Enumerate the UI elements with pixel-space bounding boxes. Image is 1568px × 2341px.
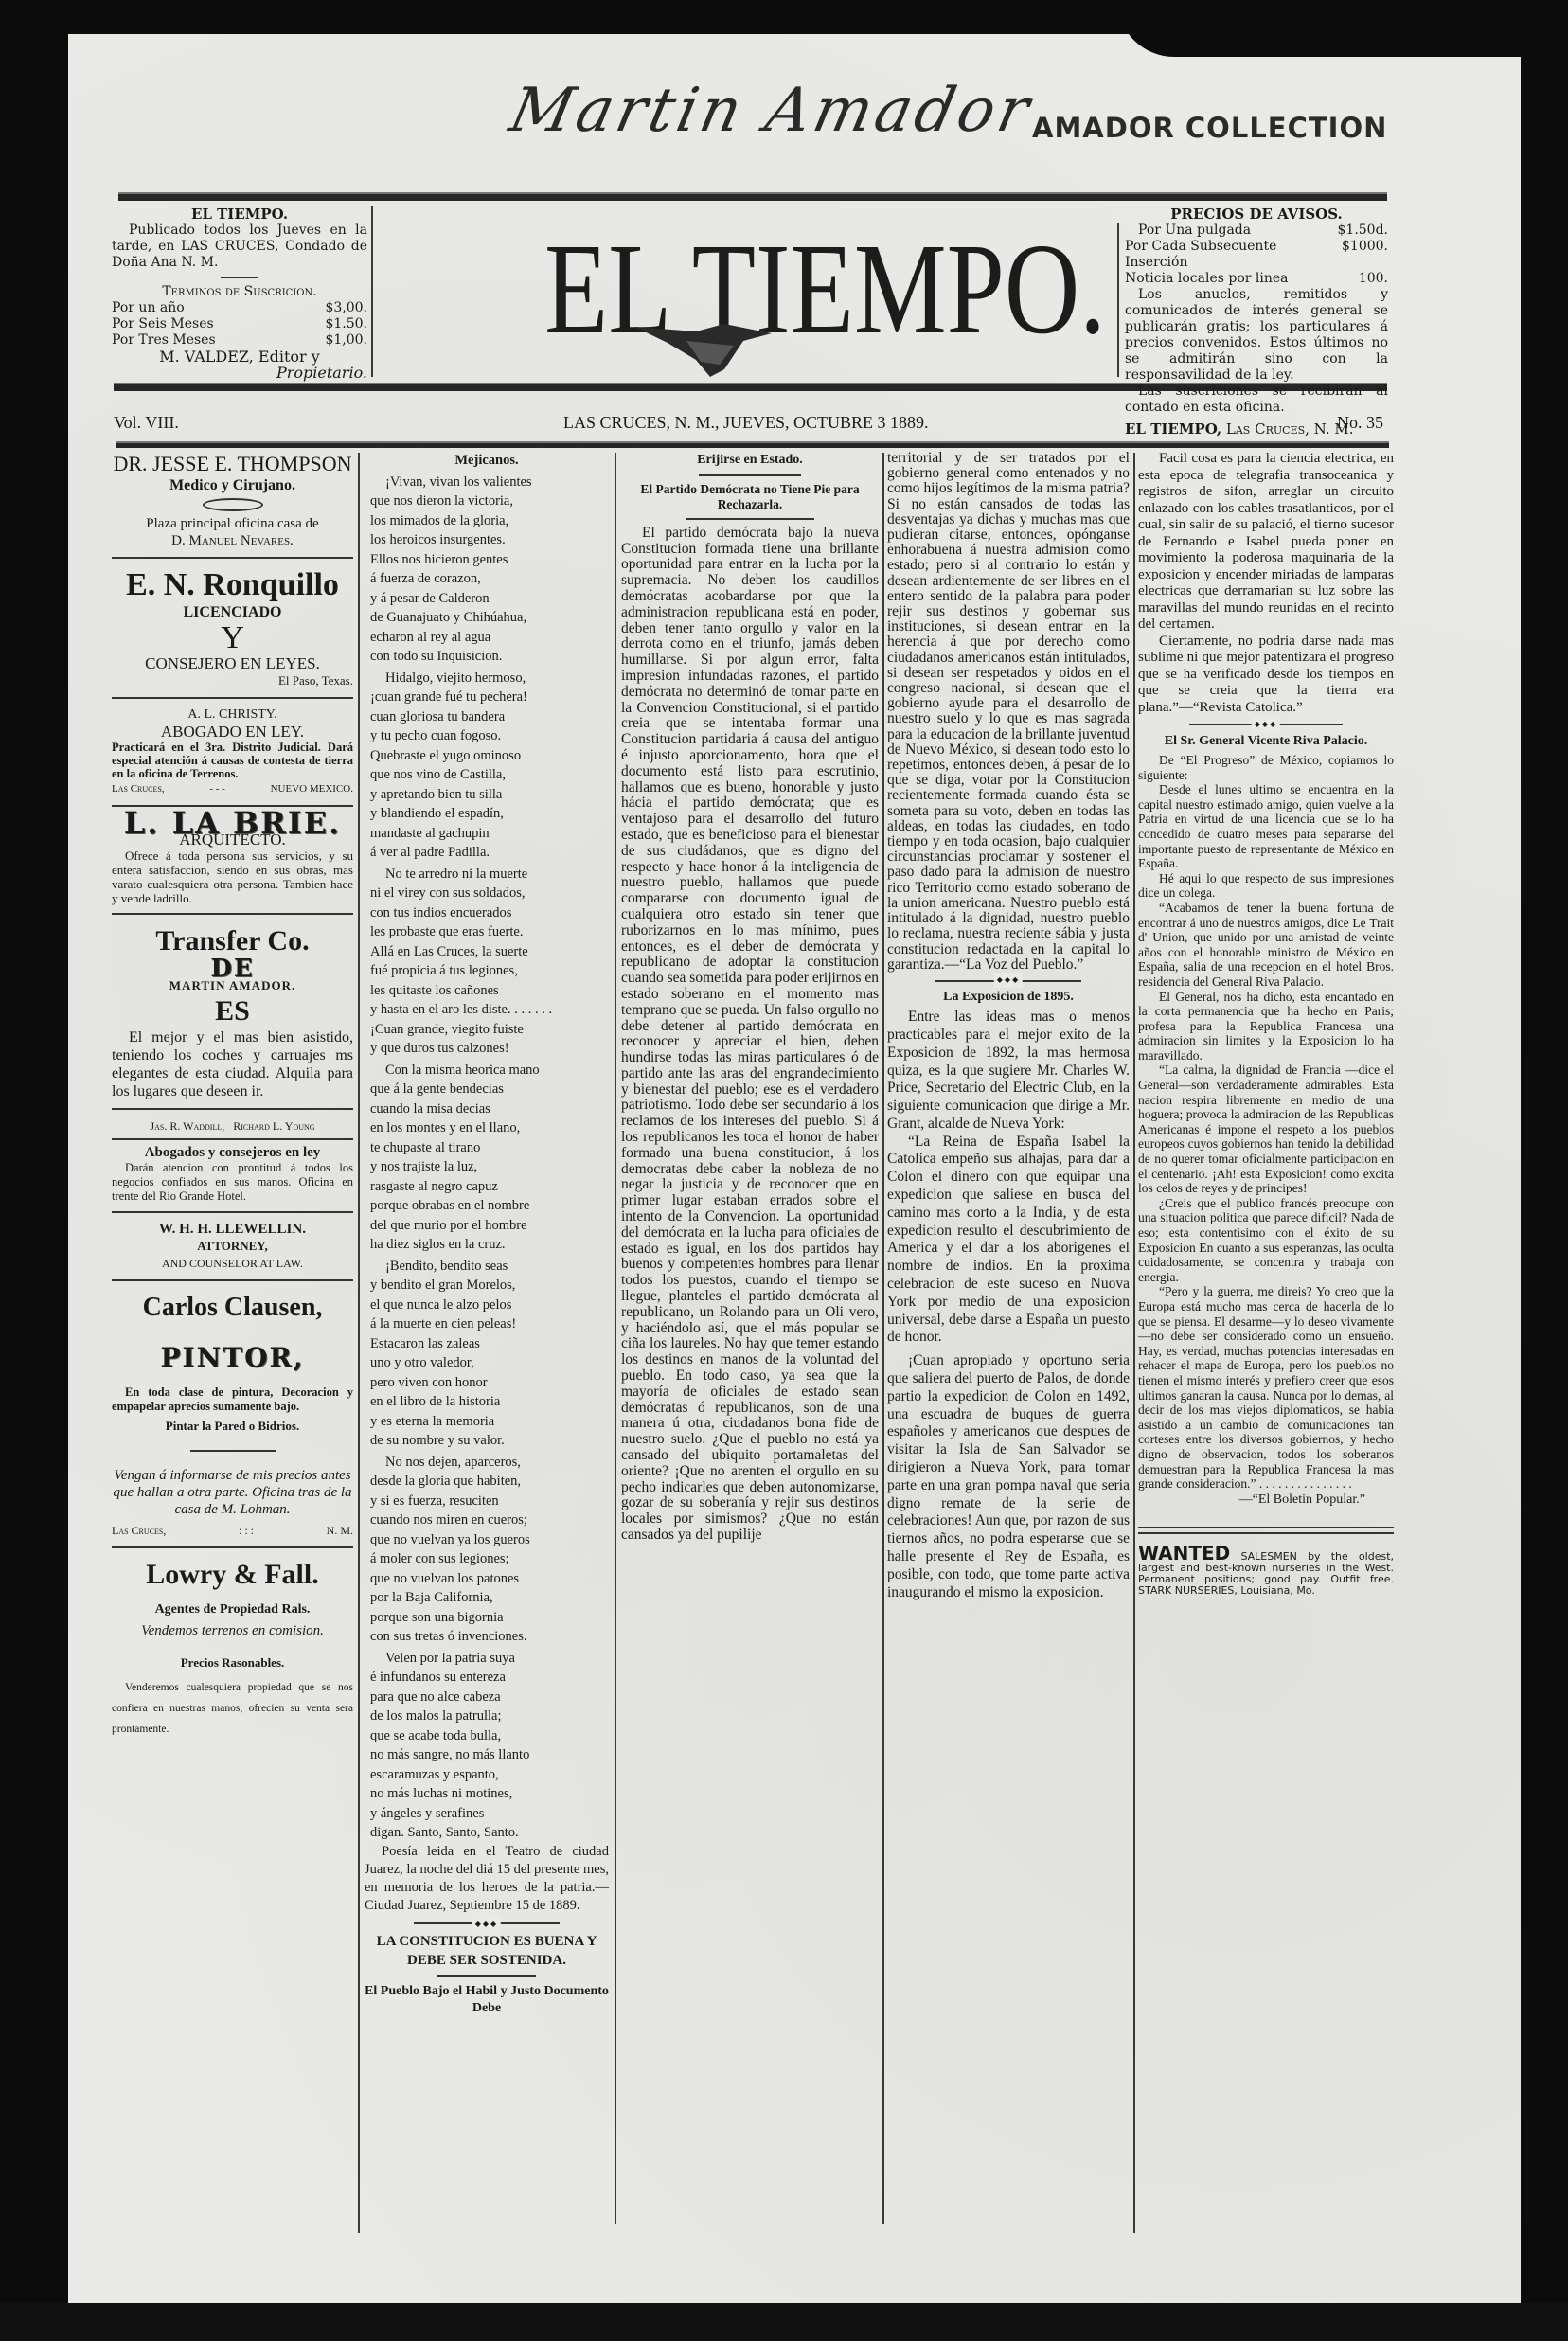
article-paragraph: El General, nos ha dicho, esta encantado… <box>1138 990 1394 1063</box>
poem-line: y que duros tus calzones! <box>365 1039 609 1059</box>
place-date: LAS CRUCES, N. M., JUEVES, OCTUBRE 3 188… <box>563 413 929 433</box>
ornament-divider <box>414 1922 561 1924</box>
article-attribution: —“El Boletin Popular.” <box>1138 1492 1394 1509</box>
ad-waddill-young: Jas. R. Waddill, Richard L. Young Abogad… <box>112 1117 353 1204</box>
ad-divider <box>112 697 353 699</box>
article-body: “La Reina de España Isabel la Catolica e… <box>887 1134 1130 1348</box>
ad-place: El Paso, Texas. <box>112 672 353 689</box>
article-subheadline: El Pueblo Bajo el Habil y Justo Document… <box>365 1983 609 2017</box>
ad-line: Plaza principal oficina casa de <box>112 515 353 532</box>
ad-text: Practicará en el 3ra. Distrito Judicial.… <box>112 741 353 780</box>
ad-ronquillo: E. N. Ronquillo LICENCIADO Y CONSEJERO E… <box>112 566 353 689</box>
newspaper-title: EL TIEMPO. <box>544 214 1106 365</box>
ad-italic: Vengan á informarse de mis precios antes… <box>112 1467 353 1518</box>
poem-line: de los malos la patrulla; <box>365 1707 609 1726</box>
box-heading: PRECIOS DE AVISOS. <box>1125 206 1388 223</box>
ornament-divider <box>1189 724 1343 725</box>
poem-line: y si es fuerza, resuciten <box>365 1492 609 1511</box>
poem-body: ¡Vivan, vivan los valientesque nos diero… <box>365 473 609 1843</box>
divider <box>221 277 258 278</box>
rate-row: Noticia locales por linea100. <box>1125 271 1388 287</box>
poem-line: no más luchas ni motines, <box>365 1784 609 1804</box>
ad-subtitle: ATTORNEY, <box>112 1238 353 1255</box>
wanted-ad: WANTED SALESMEN by the oldest, largest a… <box>1138 1547 1394 1597</box>
ad-name: W. H. H. LLEWELLIN. <box>112 1221 353 1238</box>
poem-line: ¡Bendito, bendito seas <box>365 1257 609 1277</box>
rates-notice: Los anuclos, remitidos y comunicados de … <box>1125 287 1388 384</box>
ad-text: Venderemos cualesquiera propiedad que se… <box>112 1677 353 1740</box>
ad-place: Las Cruces,: : :N. M. <box>112 1522 353 1539</box>
eagle-emblem-icon <box>630 322 791 379</box>
poem-line: echaron al rey al agua <box>365 628 609 648</box>
article-body: El partido demócrata bajo la nueva Const… <box>621 526 879 1544</box>
poem-line: Velen por la patria suya <box>365 1649 609 1669</box>
poem-line: que nos dieron la victoria, <box>365 491 609 511</box>
ad-labrie: L. LA BRIE. ARQUITECTO. Ofrece á toda pe… <box>112 814 353 905</box>
ad-italic: Vendemos terrenos en comision. <box>112 1622 353 1639</box>
column-divider <box>358 453 360 2233</box>
poem-line: te chupaste al tirano <box>365 1138 609 1158</box>
ad-name: A. L. CHRISTY. <box>112 706 353 724</box>
poem-line: fué propicia á tus legiones, <box>365 961 609 981</box>
poem-line: que no vuelvan los patones <box>365 1569 609 1589</box>
poem-line: No nos dejen, aparceros, <box>365 1453 609 1473</box>
poem-line: y á pesar de Calderon <box>365 589 609 609</box>
poem-line: del que murio por el hombre <box>365 1216 609 1236</box>
masthead-divider-right <box>1117 223 1119 377</box>
article-body: Entre las ideas mas o menos practicables… <box>887 1009 1130 1134</box>
article-subheadline: El Partido Demócrata no Tiene Pie para R… <box>621 482 879 512</box>
poem-line: Quebraste el yugo ominoso <box>365 746 609 766</box>
ad-subtitle: Medico y Cirujano. <box>112 477 353 494</box>
poem-line: Con la misma heorica mano <box>365 1061 609 1081</box>
ornament-divider <box>935 980 1081 982</box>
article-body: Facil cosa es para la ciencia electrica,… <box>1138 451 1394 634</box>
ad-name: Carlos Clausen, <box>112 1289 353 1327</box>
terms-row: Por Seis Meses$1.50. <box>112 316 367 332</box>
ad-llewellin: W. H. H. LLEWELLIN. ATTORNEY, AND COUNSE… <box>112 1221 353 1272</box>
ad-name: DR. JESSE E. THOMPSON <box>112 451 353 477</box>
poem-line: y es eterna la memoria <box>365 1412 609 1432</box>
divider <box>686 518 814 520</box>
editor-name: M. VALDEZ, Editor y <box>112 348 367 365</box>
ad-rates-box: PRECIOS DE AVISOS. Por Una pulgada$1.50d… <box>1125 206 1388 438</box>
poem-line: á ver al padre Padilla. <box>365 843 609 863</box>
ad-line: AND COUNSELOR AT LAW. <box>112 1255 353 1272</box>
article-paragraph: Hé aqui lo que respecto de sus impresion… <box>1138 871 1394 901</box>
poem-line: en los montes y en el llano, <box>365 1118 609 1138</box>
editor-role: Propietario. <box>112 365 367 381</box>
column-article-riva-palacio: Facil cosa es para la ciencia electrica,… <box>1138 451 1394 1597</box>
poem-line: los mimados de la gloria, <box>365 511 609 531</box>
poem-line: uno y otro valedor, <box>365 1353 609 1373</box>
poem-line: rasgaste al negro capuz <box>365 1177 609 1197</box>
ornament <box>190 1450 276 1452</box>
article-paragraph: “Acabamos de tener la buena fortuna de e… <box>1138 901 1394 990</box>
column-article-exposition: territorial y de ser tratados por el gob… <box>887 451 1130 1601</box>
article-paragraph: “La calma, la dignidad de Francia —dice … <box>1138 1063 1394 1195</box>
terms-row: Por Tres Meses$1,00. <box>112 332 367 348</box>
poem-line: y hasta en el aro les diste. . . . . . . <box>365 1000 609 1020</box>
ad-subtitle: Agentes de Propiedad Rals. <box>112 1601 353 1618</box>
ad-line: CONSEJERO EN LEYES. <box>112 655 353 672</box>
article-paragraph: ¿Creis que el publico francés preocupe c… <box>1138 1196 1394 1285</box>
poem-line: ¡Cuan grande, viegito fuiste <box>365 1020 609 1040</box>
poem-note: Poesía leida en el Teatro de ciudad Juar… <box>365 1843 609 1915</box>
masthead-divider-left <box>371 206 373 377</box>
collection-stamp: AMADOR COLLECTION <box>1032 112 1387 144</box>
column-poem: Mejicanos. ¡Vivan, vivan los valientesqu… <box>365 451 609 2021</box>
poem-line: porque son una bigornia <box>365 1608 609 1628</box>
poem-line: que no vuelvan ya los gueros <box>365 1530 609 1550</box>
poem-line: para que no alce cabeza <box>365 1688 609 1707</box>
poem-line: por la Baja California, <box>365 1588 609 1608</box>
poem-line: escaramuzas y espanto, <box>365 1765 609 1785</box>
ad-text: Ofrece á toda persona sus servicios, y s… <box>112 849 353 905</box>
ad-line: Y <box>112 621 353 655</box>
rate-row: Por Cada Subsecuente Inserción$1000. <box>1125 239 1388 271</box>
subscription-box: EL TIEMPO. Publicado todos los Jueves en… <box>112 206 367 381</box>
ad-subtitle: LICENCIADO <box>112 604 353 621</box>
ad-text: En toda clase de pintura, Decoracion y e… <box>112 1385 353 1414</box>
ad-divider <box>112 1108 353 1110</box>
poem-line: que nos vino de Castilla, <box>365 765 609 785</box>
poem-line: les quitaste los cañones <box>365 981 609 1001</box>
terms-heading: Terminos de Suscricion. <box>112 284 367 300</box>
column-divider <box>615 453 616 2224</box>
subscriptions-note: Las suscriciones se recibirán al contado… <box>1125 384 1388 416</box>
poem-line: Estacaron las zaleas <box>365 1334 609 1354</box>
ad-place: Las Cruces,- - -NUEVO MEXICO. <box>112 780 353 797</box>
ad-clausen: Carlos Clausen, PINTOR, En toda clase de… <box>112 1289 353 1539</box>
poem-stanza: No nos dejen, aparceros,desde la gloria … <box>365 1453 609 1647</box>
ad-subtitle: ABOGADO EN LEY. <box>112 724 353 741</box>
poem-line: con sus tretas ó invenciones. <box>365 1627 609 1647</box>
article-headline: El Sr. General Vicente Riva Palacio. <box>1138 733 1394 749</box>
scan-border-bottom <box>0 2303 1568 2341</box>
poem-line: que se acabe toda bulla, <box>365 1726 609 1746</box>
poem-line: Ellos nos hicieron gentes <box>365 550 609 570</box>
terms-row: Por un año$3,00. <box>112 300 367 316</box>
poem-line: No te arredro ni la muerte <box>365 865 609 885</box>
poem-line: y nos trajiste la luz, <box>365 1157 609 1177</box>
poem-line: Hidalgo, viejito hermoso, <box>365 669 609 688</box>
poem-line: con tus indios encuerados <box>365 903 609 923</box>
article-headline: LA CONSTITUCION ES BUENA Y DEBE SER SOST… <box>365 1932 609 1970</box>
ad-line: D. Manuel Nevares. <box>112 532 353 549</box>
poem-line: á fuerza de corazon, <box>365 569 609 589</box>
poem-line: á moler con sus legiones; <box>365 1549 609 1569</box>
poem-line: ¡Vivan, vivan los valientes <box>365 473 609 492</box>
poem-line: é infundanos su entereza <box>365 1668 609 1688</box>
ad-text: El mejor y el mas bien asistido, teniend… <box>112 1028 353 1100</box>
ad-divider <box>112 1546 353 1548</box>
column-ads: DR. JESSE E. THOMPSON Medico y Cirujano.… <box>112 451 353 1740</box>
poem-line: cuando nos miren en cueros; <box>365 1510 609 1530</box>
ad-christy: A. L. CHRISTY. ABOGADO EN LEY. Practicar… <box>112 706 353 797</box>
ad-text: Darán atencion con prontitud á todos los… <box>112 1161 353 1204</box>
ad-lowry-fall: Lowry & Fall. Agentes de Propiedad Rals.… <box>112 1556 353 1740</box>
poem-line: de Guanajuato y Chihúahua, <box>365 608 609 628</box>
dateline-rule <box>116 441 1389 448</box>
poem-line: de su nombre y su valor. <box>365 1431 609 1451</box>
poem-line: á la muerte en cien peleas! <box>365 1314 609 1334</box>
poem-stanza: No te arredro ni la muerteni el virey co… <box>365 865 609 1059</box>
ad-thompson: DR. JESSE E. THOMPSON Medico y Cirujano.… <box>112 451 353 549</box>
ad-divider <box>112 913 353 915</box>
poem-line: cuando la misa decias <box>365 1099 609 1119</box>
poem-stanza: Velen por la patria suyaé infundanos su … <box>365 1649 609 1843</box>
masthead-top-rule <box>118 192 1387 201</box>
ad-name: Jas. R. Waddill, Richard L. Young <box>112 1117 353 1135</box>
double-rule <box>1138 1527 1394 1534</box>
article-paragraph: Desde el lunes ultimo se encuentra en la… <box>1138 782 1394 871</box>
poem-line: pero viven con honor <box>365 1373 609 1393</box>
poem-line: porque obrabas en el nombre <box>365 1196 609 1216</box>
poem-line: el que nunca le alzo pelos <box>365 1296 609 1315</box>
poem-line: les probaste que eras fuerte. <box>365 922 609 942</box>
poem-stanza: ¡Bendito, bendito seasy bendito el gran … <box>365 1257 609 1451</box>
article-body: territorial y de ser tratados por el gob… <box>887 451 1130 973</box>
poem-line: con todo su Inquisicion. <box>365 647 609 667</box>
poem-title: Mejicanos. <box>365 451 609 471</box>
ad-owner: MARTIN AMADOR. <box>112 977 353 994</box>
ad-name: Lowry & Fall. <box>112 1556 353 1594</box>
poem-line: Allá en Las Cruces, la suerte <box>365 942 609 962</box>
column-article-statehood: Erijirse en Estado. El Partido Demócrata… <box>621 451 879 1544</box>
ad-name: E. N. Ronquillo <box>112 566 353 604</box>
ad-subtitle: Abogados y consejeros en ley <box>112 1144 353 1161</box>
ad-line: Pintar la Pared o Bidrios. <box>112 1418 353 1435</box>
poem-line: digan. Santo, Santo, Santo. <box>365 1823 609 1843</box>
poem-stanza: ¡Vivan, vivan los valientesque nos diero… <box>365 473 609 667</box>
divider <box>437 1975 535 1977</box>
divider <box>699 474 802 476</box>
article-headline: La Exposicion de 1895. <box>887 990 1130 1005</box>
issue-number: No. 35 <box>1337 413 1383 433</box>
poem-line: y blandiendo el espadín, <box>365 804 609 824</box>
poem-line: ¡cuan grande fué tu pechera! <box>365 688 609 707</box>
publication-note: Publicado todos los Jueves en la tarde, … <box>112 223 367 271</box>
ornament <box>203 498 263 511</box>
ad-subtitle: PINTOR, <box>112 1349 353 1367</box>
poem-line: cuan gloriosa tu bandera <box>365 707 609 727</box>
poem-stanza: Hidalgo, viejito hermoso,¡cuan grande fu… <box>365 669 609 863</box>
article-body: Ciertamente, no podria darse nada mas su… <box>1138 634 1394 717</box>
poem-line: no más sangre, no más llanto <box>365 1745 609 1765</box>
poem-line: ni el virey con sus soldados, <box>365 884 609 903</box>
ad-line: Precios Rasonables. <box>112 1654 353 1671</box>
poem-line: que á la gente bendecias <box>365 1080 609 1099</box>
poem-stanza: Con la misma heorica manoque á la gente … <box>365 1061 609 1255</box>
box-heading: EL TIEMPO. <box>112 206 367 223</box>
ad-divider <box>112 557 353 559</box>
ad-transfer: Transfer Co. DE MARTIN AMADOR. ES El mej… <box>112 922 353 1100</box>
poem-line: y apretando bien tu silla <box>365 785 609 805</box>
poem-line: ha diez siglos en la cruz. <box>365 1235 609 1255</box>
volume-label: Vol. VIII. <box>114 413 179 433</box>
poem-line: y ángeles y serafines <box>365 1804 609 1824</box>
ad-line: DE <box>112 960 353 977</box>
torn-edge <box>1117 0 1568 57</box>
poem-line: en el libro de la historia <box>365 1392 609 1412</box>
ad-divider <box>112 1211 353 1213</box>
article-body: ¡Cuan apropiado y oportuno seria que sal… <box>887 1352 1130 1601</box>
poem-line: los heroicos insurgentes. <box>365 530 609 550</box>
ad-name: L. LA BRIE. <box>112 814 353 831</box>
article-paragraph: “Pero y la guerra, me direis? Yo creo qu… <box>1138 1284 1394 1491</box>
ad-divider <box>112 1279 353 1281</box>
poem-line: desde la gloria que habiten, <box>365 1472 609 1492</box>
article-headline: Erijirse en Estado. <box>621 453 879 469</box>
column-divider <box>1133 453 1135 2233</box>
poem-line: y bendito el gran Morelos, <box>365 1276 609 1296</box>
ad-line: ES <box>112 994 353 1028</box>
scan-border-right <box>1521 0 1568 2341</box>
poem-line: y tu pecho cuan fogoso. <box>365 726 609 746</box>
poem-line: mandaste al gachupin <box>365 824 609 844</box>
article-paragraph: De “El Progreso” de México, copiamos lo … <box>1138 753 1394 782</box>
rate-row: Por Una pulgada$1.50d. <box>1125 223 1388 239</box>
article-body: De “El Progreso” de México, copiamos lo … <box>1138 753 1394 1492</box>
column-divider <box>882 453 884 2224</box>
handwritten-signature: Martin Amador <box>504 76 1039 146</box>
ad-divider <box>112 1138 353 1140</box>
